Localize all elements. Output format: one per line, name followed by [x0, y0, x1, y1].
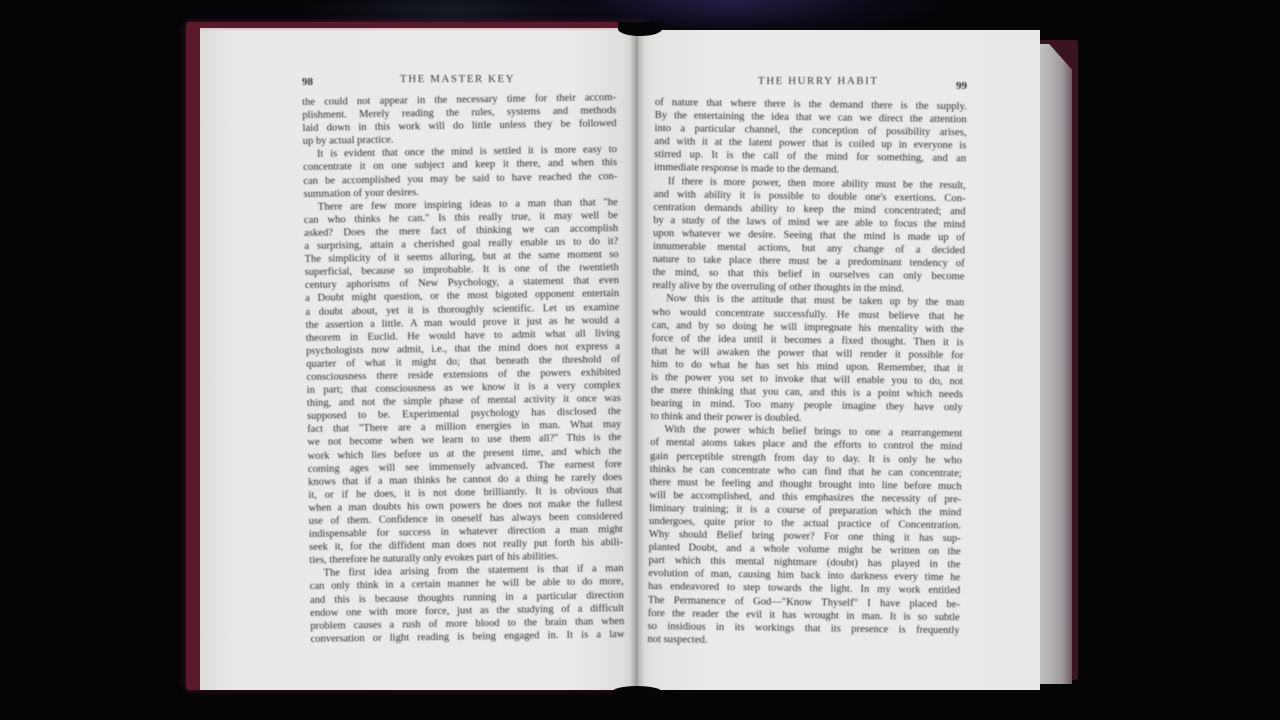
- left-page-body: the could not appear in the necessary ti…: [302, 91, 625, 646]
- spine-bottom: [612, 686, 662, 698]
- right-page-number: 99: [956, 80, 967, 92]
- right-running-head: THE HURRY HABIT: [758, 75, 878, 87]
- right-page-body: of nature that where there is the demand…: [647, 96, 967, 650]
- book-gutter: [630, 30, 644, 690]
- left-running-head: THE MASTER KEY: [400, 73, 515, 85]
- left-page-number: 98: [302, 76, 313, 88]
- spine-top: [618, 22, 662, 36]
